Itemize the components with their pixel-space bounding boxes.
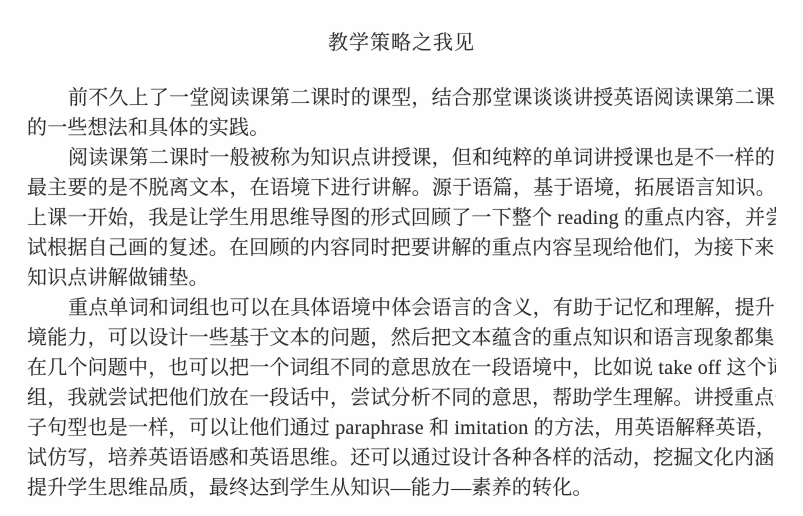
text-line: 最主要的是不脱离文本，在语境下进行讲解。源于语篇，基于语境，拓展语言知识。 — [27, 173, 776, 203]
text-line: 重点单词和词组也可以在具体语境中体会语言的含义，有助于记忆和理解，提升语 — [27, 293, 776, 323]
document-title: 教学策略之我见 — [27, 30, 776, 56]
text-line: 试根据自己画的复述。在回顾的内容同时把要讲解的重点内容呈现给他们，为接下来的 — [27, 233, 776, 263]
text-line: 组，我就尝试把他们放在一段话中，尝试分析不同的意思，帮助学生理解。讲授重点句 — [27, 383, 776, 413]
text-line: 在几个问题中，也可以把一个词组不同的意思放在一段语境中，比如说 take off… — [27, 353, 776, 383]
text-line: 上课一开始，我是让学生用思维导图的形式回顾了一下整个 reading 的重点内容… — [27, 203, 776, 233]
text-line: 境能力，可以设计一些基于文本的问题，然后把文本蕴含的重点知识和语言现象都集中 — [27, 323, 776, 353]
text-line: 试仿写，培养英语语感和英语思维。还可以通过设计各种各样的活动，挖掘文化内涵， — [27, 443, 776, 473]
text-line: 的一些想法和具体的实践。 — [27, 113, 776, 143]
text-line: 前不久上了一堂阅读课第二课时的课型，结合那堂课谈谈讲授英语阅读课第二课时 — [27, 83, 776, 113]
text-line: 提升学生思维品质，最终达到学生从知识—能力—素养的转化。 — [27, 473, 776, 503]
document-page: 教学策略之我见 前不久上了一堂阅读课第二课时的课型，结合那堂课谈谈讲授英语阅读课… — [0, 0, 803, 516]
text-line: 阅读课第二课时一般被称为知识点讲授课，但和纯粹的单词讲授课也是不一样的， — [27, 143, 776, 173]
document-body: 前不久上了一堂阅读课第二课时的课型，结合那堂课谈谈讲授英语阅读课第二课时 的一些… — [27, 83, 776, 503]
text-line: 知识点讲解做铺垫。 — [27, 263, 776, 293]
text-line: 子句型也是一样，可以让他们通过 paraphrase 和 imitation 的… — [27, 413, 776, 443]
